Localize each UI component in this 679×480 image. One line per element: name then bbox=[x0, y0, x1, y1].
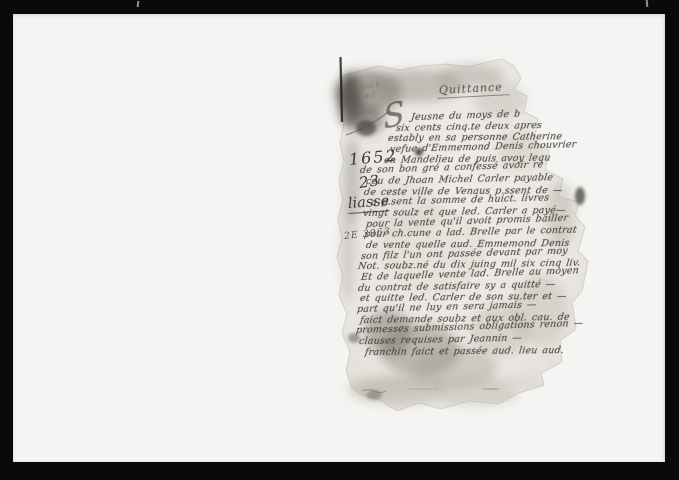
corner-scribble: ib2 bbox=[363, 91, 375, 100]
margin-annotation-bundle: liasse bbox=[347, 193, 390, 214]
initial-flourish: S bbox=[382, 93, 406, 137]
fold-edge-line bbox=[341, 57, 343, 122]
torn-manuscript-paper bbox=[0, 0, 679, 480]
microfilm-scan-viewport: Jeusne du moys de bsix cents cinq.te deu… bbox=[0, 0, 679, 480]
margin-annotation-number: 23 bbox=[358, 171, 381, 192]
